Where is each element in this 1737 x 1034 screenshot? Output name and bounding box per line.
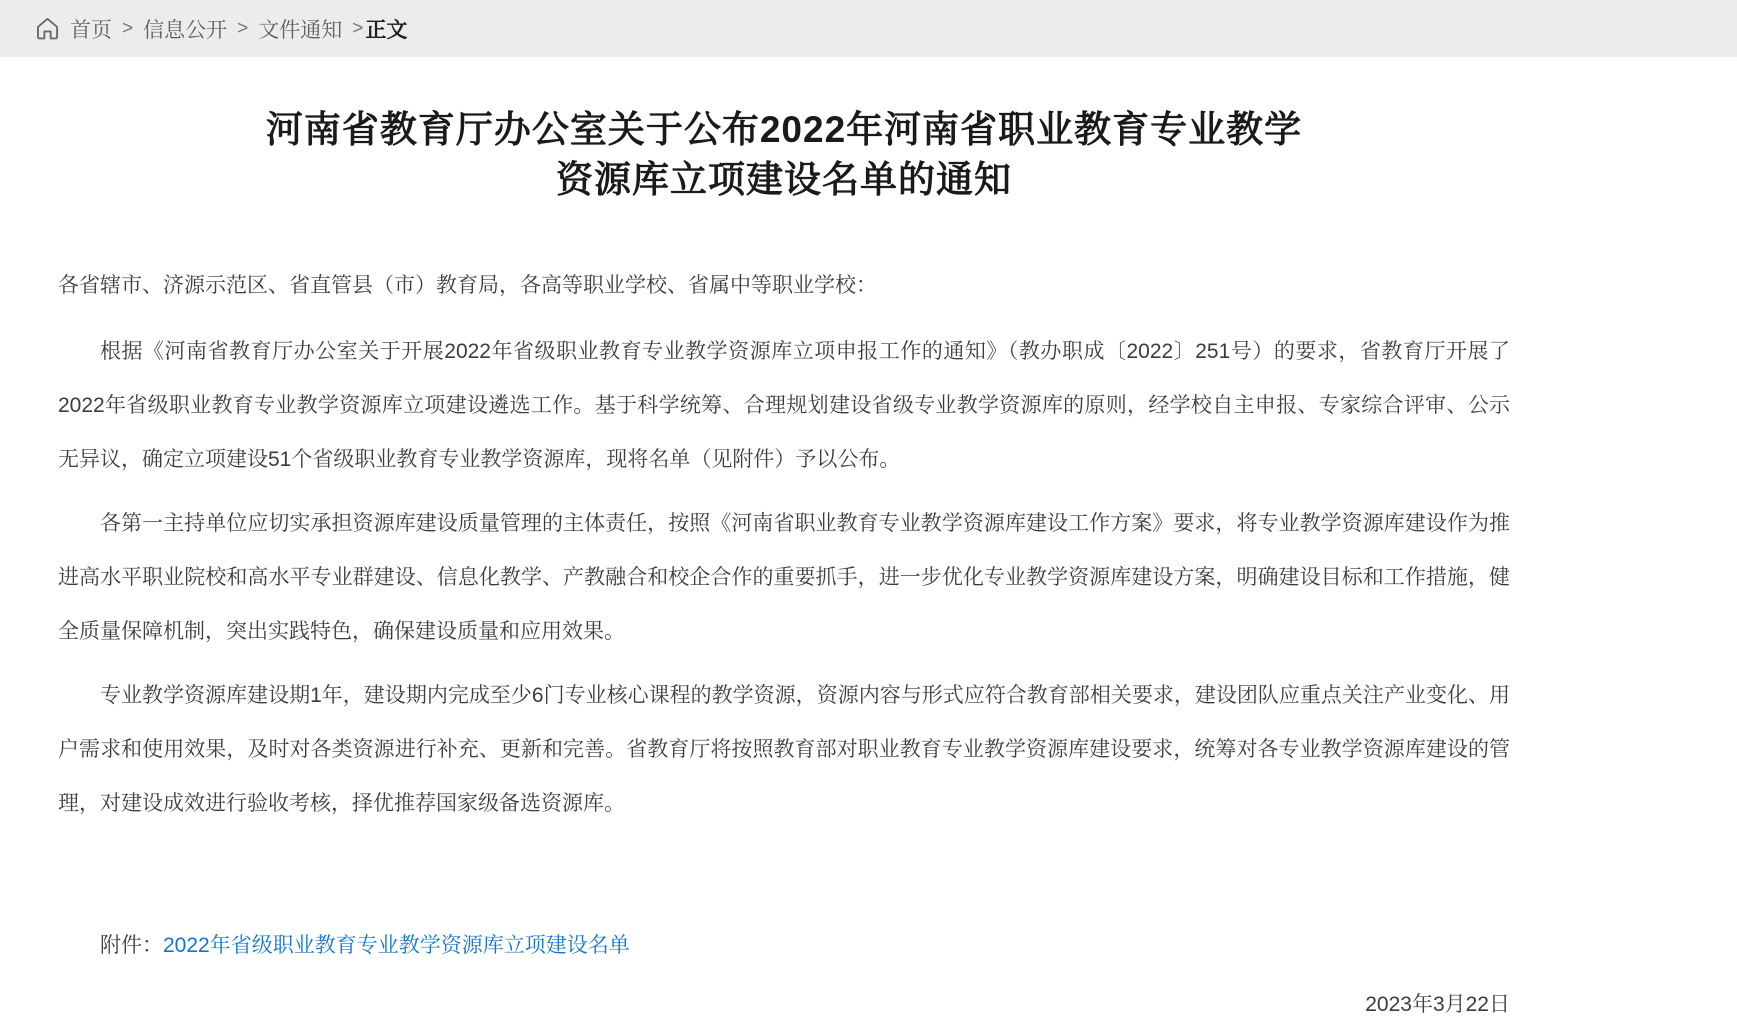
document-body: 各省辖市、济源示范区、省直管县（市）教育局，各高等职业学校、省属中等职业学校： … [58, 259, 1510, 1027]
paragraph-basis: 根据《河南省教育厅办公室关于开展2022年省级职业教育专业教学资源库立项申报工作… [58, 325, 1510, 487]
document-title: 河南省教育厅办公室关于公布2022年河南省职业教育专业教学 资源库立项建设名单的… [58, 105, 1510, 205]
breadcrumb-item-current: 正文 [365, 14, 407, 44]
breadcrumb: 首页 > 信息公开 > 文件通知 > 正文 [0, 0, 1737, 57]
breadcrumb-separator: > [122, 18, 133, 40]
home-icon[interactable] [34, 15, 61, 42]
paragraph-responsibility: 各第一主持单位应切实承担资源库建设质量管理的主体责任，按照《河南省职业教育专业教… [58, 497, 1510, 659]
breadcrumb-item-info-disclosure[interactable]: 信息公开 [143, 14, 227, 44]
paragraph-construction-period: 专业教学资源库建设期1年，建设期内完成至少6门专业核心课程的教学资源，资源内容与… [58, 669, 1510, 831]
document-card: 河南省教育厅办公室关于公布2022年河南省职业教育专业教学 资源库立项建设名单的… [0, 57, 1737, 1034]
breadcrumb-separator: > [237, 18, 248, 40]
attachment-label: 附件： [100, 934, 163, 957]
breadcrumb-separator: > [352, 18, 363, 40]
attachment-line: 附件：2022年省级职业教育专业教学资源库立项建设名单 [58, 919, 1510, 973]
breadcrumb-item-home[interactable]: 首页 [70, 14, 112, 44]
attachment-link[interactable]: 2022年省级职业教育专业教学资源库立项建设名单 [163, 934, 630, 957]
document-date: 2023年3月22日 [58, 983, 1510, 1027]
title-line-2: 资源库立项建设名单的通知 [58, 155, 1510, 205]
document-content: 河南省教育厅办公室关于公布2022年河南省职业教育专业教学 资源库立项建设名单的… [58, 105, 1510, 1027]
breadcrumb-item-document-notices[interactable]: 文件通知 [258, 14, 342, 44]
paragraph-addressees: 各省辖市、济源示范区、省直管县（市）教育局，各高等职业学校、省属中等职业学校： [58, 259, 1510, 313]
title-line-1: 河南省教育厅办公室关于公布2022年河南省职业教育专业教学 [58, 105, 1510, 155]
